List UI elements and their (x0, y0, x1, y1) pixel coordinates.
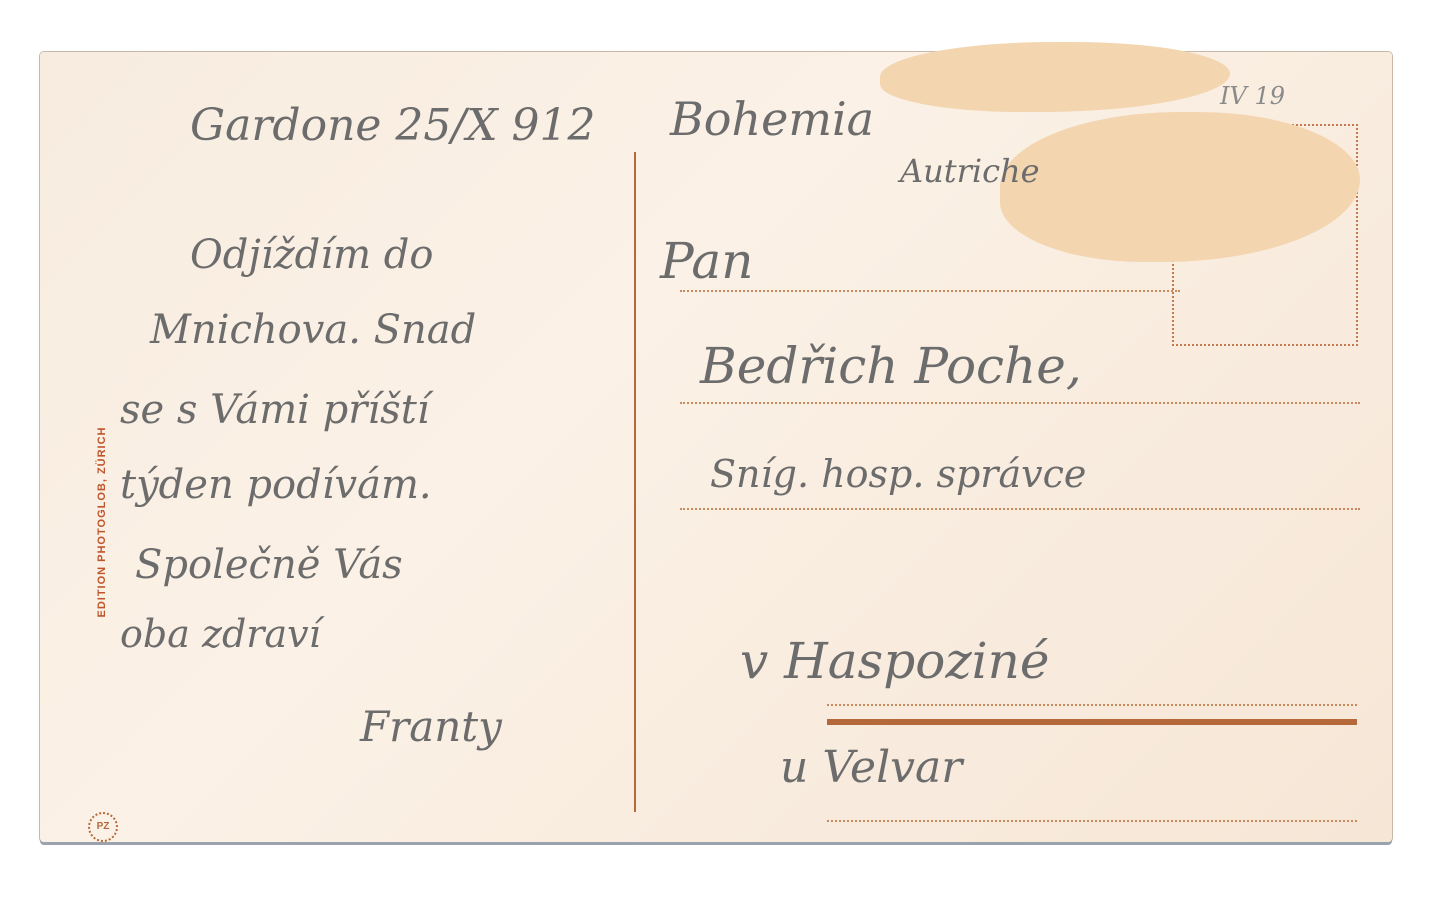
address-line: u Velvar (780, 742, 962, 793)
publisher-logo-icon: PZ (88, 812, 118, 842)
center-divider (634, 152, 636, 812)
postcard-back: EDITION PHOTOGLOB, ZÜRICH PZ Gardone 25/… (40, 52, 1392, 842)
address-line: v Haspoziné (740, 632, 1049, 690)
address-line-3 (680, 508, 1360, 510)
signature: Franty (360, 702, 502, 751)
address-line: Bedřich Poche, (700, 337, 1082, 395)
message-line: Společně Vás (135, 542, 403, 588)
address-line: Sníg. hosp. správce (710, 452, 1086, 496)
message-line: týden podívám. (120, 462, 432, 508)
destination-underline (827, 719, 1357, 725)
address-line: Pan (660, 232, 753, 290)
message-line: Odjíždím do (190, 232, 433, 278)
message-line: se s Vámi příští (120, 387, 430, 433)
place-date: Gardone 25/X 912 (190, 100, 596, 151)
address-line-1 (680, 290, 1180, 292)
postmark-fragment: IV 19 (1220, 82, 1285, 110)
torn-stamp-area (880, 42, 1230, 112)
address-line-4 (827, 704, 1357, 706)
country: Bohemia (670, 92, 874, 146)
country-note: Autriche (900, 152, 1040, 190)
message-line: Mnichova. Snad (150, 307, 476, 353)
publisher-imprint: EDITION PHOTOGLOB, ZÜRICH (96, 426, 108, 617)
address-line-2 (680, 402, 1360, 404)
message-line: oba zdraví (120, 612, 321, 656)
address-line-5 (827, 820, 1357, 822)
